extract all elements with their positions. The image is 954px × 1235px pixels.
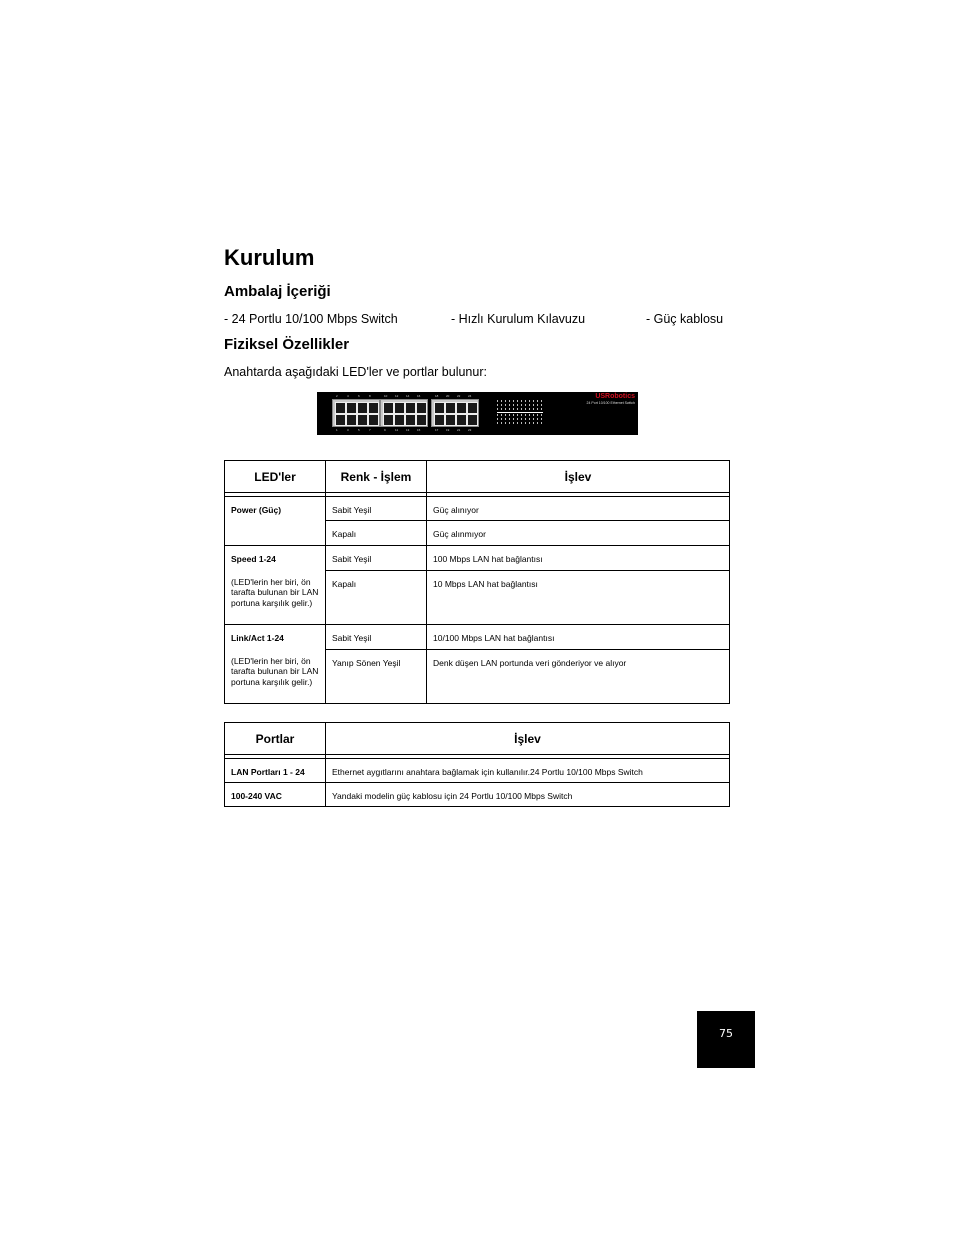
page-number: 75: [697, 1011, 755, 1068]
ports-table-header: İşlev: [326, 723, 730, 755]
ethernet-port-icon: [383, 414, 394, 426]
intro-text: Anahtarda aşağıdaki LED'ler ve portlar b…: [224, 365, 487, 379]
led-name: Link/Act 1-24: [231, 633, 319, 644]
port-name: 100-240 VAC: [225, 783, 325, 802]
led-color-state: Kapalı: [326, 521, 426, 540]
port-function: Yandaki modelin güç kablosu için 24 Port…: [326, 783, 729, 802]
brand-logo: USRobotics: [595, 393, 635, 400]
ethernet-port-icon: [456, 402, 467, 414]
package-item: - Güç kablosu: [646, 312, 723, 326]
ethernet-port-icon: [383, 402, 394, 414]
ports-table-header: Portlar: [225, 723, 326, 755]
led-color-state: Sabit Yeşil: [326, 625, 426, 644]
led-table-row: Speed 1-24(LED'lerin her biri, ön taraft…: [225, 546, 730, 571]
led-function: Denk düşen LAN portunda veri gönderiyor …: [427, 650, 729, 669]
ethernet-port-icon: [357, 414, 368, 426]
ports-table: Portlar İşlev LAN Portları 1 - 24Etherne…: [224, 722, 730, 807]
ethernet-port-icon: [346, 414, 357, 426]
ethernet-port-icon: [416, 414, 427, 426]
led-name: Power (Güç): [231, 505, 319, 516]
ethernet-port-icon: [434, 414, 445, 426]
port-function: Ethernet aygıtlarını anahtara bağlamak i…: [326, 759, 729, 778]
led-function: 100 Mbps LAN hat bağlantısı: [427, 546, 729, 565]
led-color-state: Kapalı: [326, 571, 426, 590]
ethernet-port-icon: [357, 402, 368, 414]
led-color-state: Sabit Yeşil: [326, 497, 426, 516]
led-name: Speed 1-24: [231, 554, 319, 565]
led-note: (LED'lerin her biri, ön tarafta bulunan …: [231, 577, 319, 609]
ethernet-port-icon: [368, 402, 379, 414]
ethernet-port-icon: [445, 402, 456, 414]
led-function: Güç alınıyor: [427, 497, 729, 516]
led-name-cell: Speed 1-24(LED'lerin her biri, ön taraft…: [225, 546, 326, 625]
led-panel: [497, 400, 557, 426]
ethernet-port-icon: [394, 414, 405, 426]
port-name: LAN Portları 1 - 24: [225, 759, 325, 778]
ethernet-port-icon: [416, 402, 427, 414]
ethernet-port-icon: [405, 414, 416, 426]
led-name-cell: Link/Act 1-24(LED'lerin her biri, ön tar…: [225, 625, 326, 704]
led-function: 10/100 Mbps LAN hat bağlantısı: [427, 625, 729, 644]
ports-table-row: LAN Portları 1 - 24Ethernet aygıtlarını …: [225, 759, 730, 783]
package-contents-heading: Ambalaj İçeriği: [224, 283, 331, 300]
ethernet-port-icon: [467, 402, 478, 414]
ethernet-port-icon: [467, 414, 478, 426]
ethernet-port-group: [380, 399, 428, 427]
led-color-state: Sabit Yeşil: [326, 546, 426, 565]
ethernet-port-icon: [405, 402, 416, 414]
led-table-header: İşlev: [427, 461, 730, 493]
ethernet-port-icon: [335, 414, 346, 426]
led-color-state: Yanıp Sönen Yeşil: [326, 650, 426, 669]
package-item: - 24 Portlu 10/100 Mbps Switch: [224, 312, 398, 326]
ethernet-port-icon: [394, 402, 405, 414]
ethernet-port-icon: [456, 414, 467, 426]
page-title: Kurulum: [224, 245, 314, 271]
led-table-header: LED'ler: [225, 461, 326, 493]
led-name-cell: Power (Güç): [225, 497, 326, 546]
led-note: (LED'lerin her biri, ön tarafta bulunan …: [231, 656, 319, 688]
ethernet-port-group: [431, 399, 479, 427]
ethernet-port-icon: [346, 402, 357, 414]
ethernet-port-icon: [445, 414, 456, 426]
led-function: Güç alınmıyor: [427, 521, 729, 540]
led-table-row: Power (Güç)Sabit YeşilGüç alınıyor: [225, 497, 730, 521]
package-item: - Hızlı Kurulum Kılavuzu: [451, 312, 585, 326]
ethernet-port-icon: [368, 414, 379, 426]
ports-table-row: 100-240 VACYandaki modelin güç kablosu i…: [225, 783, 730, 807]
led-table-row: Link/Act 1-24(LED'lerin her biri, ön tar…: [225, 625, 730, 650]
ethernet-port-icon: [335, 402, 346, 414]
physical-features-heading: Fiziksel Özellikler: [224, 336, 349, 353]
led-function: 10 Mbps LAN hat bağlantısı: [427, 571, 729, 590]
switch-front-panel-image: 214365871091211141316151817201922212423 …: [317, 392, 638, 435]
led-table: LED'ler Renk - İşlem İşlev Power (Güç)Sa…: [224, 460, 730, 704]
ethernet-port-group: [332, 399, 380, 427]
model-label: 24 Port 10/100 Ethernet Switch: [587, 401, 635, 405]
led-table-header: Renk - İşlem: [326, 461, 427, 493]
ethernet-port-icon: [434, 402, 445, 414]
